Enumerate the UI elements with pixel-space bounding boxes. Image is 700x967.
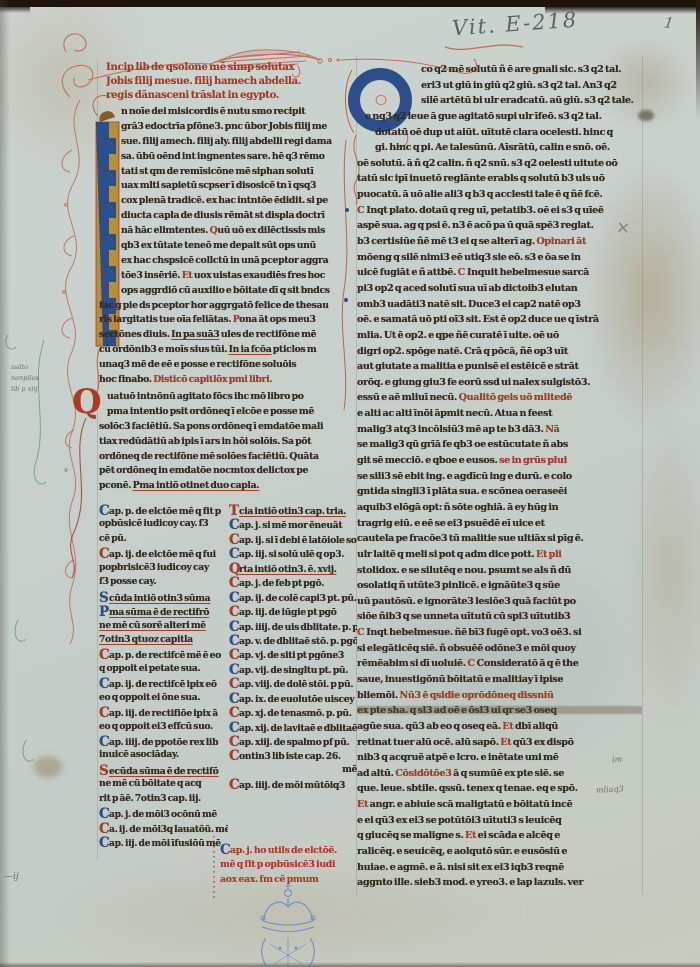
text-line: gi. hinc q pi. Ae talesūnū. Aīsrātū, cal…: [375, 140, 642, 156]
text-line: uicē fugiāt e ñ attbē. CInquit hebelmesu…: [357, 265, 642, 281]
line-text: eo q oppoit ei ōne sua.: [99, 692, 200, 703]
text-line: ulr laitē q meli si pot q adm dice pott.…: [357, 547, 642, 563]
red-underlined-text: cūda intiō otin3 sūma: [109, 593, 210, 604]
line-text: tiax redūdātiū ab ipis ī ars in hōi solō…: [99, 436, 311, 447]
text-line: Cap. p. de rectifcē mē ē eo: [99, 647, 228, 661]
text-line: Incip lib de qsolone mē simp solutax: [106, 61, 358, 75]
text-line: tragrig eiū. e eē se ei3 psuēdē eī uice …: [357, 516, 642, 532]
chapter-initial: C: [99, 648, 108, 662]
line-text: inuicē asociāday.: [99, 749, 179, 760]
text-line: siōe ñib3 q se unneta uītutū cū spi3 uīt…: [357, 609, 642, 625]
text-line: diucta capla de diusis rēmāt st displa d…: [121, 209, 357, 224]
text-line: sa. ūbū oēnd int ingnentes sare. hē q3 r…: [121, 150, 357, 165]
text-line: retinat tuer alū ocē. alū sapō. Et qū3 e…: [357, 735, 642, 751]
text-line: stolidox. e se silutēq e nou. psumt se a…: [357, 563, 642, 579]
text-line: orōq. e giung giu3 fe eorū ssd ui nalex …: [357, 375, 642, 391]
line-text: siōe ñib3 q se unneta uītutū cū spi3 uīt…: [357, 611, 570, 622]
line-text: ops aggrdiō cū auxilio e bōitate dī q si…: [121, 285, 330, 296]
line-text: omb3 uadāti3 natē sit. Duce3 ei cap2 nat…: [357, 299, 581, 310]
chapter-initial: C: [229, 735, 238, 749]
line-text: ap. iij. si solū ulē q op3.: [239, 549, 344, 560]
line-text: unaq3 mē de eē e posse e rectifōne soluō…: [99, 359, 296, 370]
chapter-initial: S: [99, 591, 108, 605]
line-text: ap. viij. de dolē stōi. p pū.: [239, 679, 353, 690]
chapter-initial: C: [229, 547, 238, 561]
text-line: Cap. j. de feb pt pgō.: [229, 575, 357, 589]
line-text: ris largitatis tue oīa feliātas.: [99, 314, 233, 325]
text-line: omb3 uadāti3 natē sit. Duce3 ei cap2 nat…: [357, 297, 642, 313]
line-text: uū pautōsū. e ignorāte3 lesiōe3 quā faci…: [357, 596, 576, 607]
text-line: ordōneq de rectifōne mē solōes faciētiū.…: [99, 450, 357, 465]
line-text: ap. ij. si ī debi ē latōiole solē: [239, 535, 357, 546]
text-line: Cap. vij. de singltu pt. pū.: [229, 662, 357, 676]
text-line: pēt ordōneq in emdatōe nocmtox delictox …: [99, 464, 357, 479]
line-text: ap. j. si mē mor ēneuāt: [239, 520, 342, 531]
chapter-initial: C: [99, 504, 108, 518]
text-line: agūe sua. qū3 ab eo q oseq eā. Et dbī al…: [357, 719, 642, 735]
line-text: dbī aliqū: [513, 721, 558, 732]
right-column-text: co q2 mē solutū ñ ē are gnali sic. s3 q2…: [357, 62, 642, 891]
text-line: Cap. xj. de tenasmō. p. pū.: [229, 705, 357, 719]
line-text: essū e aē mliuī necū.: [357, 392, 459, 403]
line-text: grā3 edoctrīa pfōne3. pnc ūbor Jobis fil…: [121, 121, 327, 132]
line-text: stolidox. e se silutēq e nou. psumt se a…: [357, 565, 571, 576]
text-line: unaq3 mē de eē e posse e rectifōne soluō…: [99, 358, 357, 373]
text-line: ne mē cū bōitate q acq: [99, 777, 228, 791]
text-line: gntida singli3 ī plāta sua. e scōnea oer…: [357, 484, 642, 500]
text-line: inuicē asociāday.: [99, 748, 228, 762]
text-line: essū e aē mliuī necū. Qualitō geis uō ml…: [357, 390, 642, 406]
text-line: sectōnes diuis. In pa suā3 ules de recti…: [99, 328, 357, 343]
text-line: Cap. iiij. de ppotōe rex lib: [99, 734, 228, 748]
line-text: sue. filij amech. filij aly. filij abdel…: [121, 136, 332, 147]
line-text: ules de rectifōne mē: [219, 329, 316, 340]
line-text: ap. ij. de rectifcē ipix eō: [109, 679, 217, 690]
chapter-initial: C: [229, 692, 238, 706]
text-line: cē pū.: [99, 532, 228, 546]
line-text: pma intentio psit ordōneq ī elcōe e poss…: [107, 406, 314, 417]
red-squiggle: [445, 45, 523, 49]
text-line: b3 certisiūe ñē mē t3 ei q se alterī ag.…: [357, 234, 642, 250]
chapter-initial: Q: [229, 562, 238, 576]
text-line: CInqt hebelmesue. ñē bī3 fugē opt. vo3 o…: [357, 625, 642, 641]
text-line: puocatū. ā uō alie ali3 q b3 q acclesti …: [357, 187, 642, 203]
text-line: Cap. j. ho utils de elctōē.: [220, 842, 356, 857]
line-text: malig3 atq3 incōlsiū3 mē ap te b3 dā3.: [357, 424, 545, 435]
text-line: Tcia intiō otin3 cap. tria.: [229, 503, 357, 517]
line-text: ordōneq de rectifōne mē solōes faciētiū.…: [99, 451, 319, 462]
line-text: q oppoit ei petate sua.: [99, 663, 200, 674]
rubricated-text: Opinari āt: [536, 236, 586, 247]
line-text: ne mē cū bōitate q acq: [99, 778, 201, 789]
rubricated-text: Qualitō geis uō mlitedē: [459, 392, 572, 403]
text-line: solōc3 faciētiū. Sa pons ordōneq ī emdat…: [99, 420, 357, 435]
text-line: osolatiq ñ utūte3 pinlicē. e ignāūte3 q …: [357, 578, 642, 594]
line-text: b3 certisiūe ñē mē t3 ei q se alterī ag.: [357, 236, 536, 247]
text-line: e nq3 q2 leue ā gue agitatō supi ulr īfe…: [365, 109, 642, 125]
text-line: aquib3 elōgā opt: ñ sōte oghiā. ā ey hūg…: [357, 500, 642, 516]
text-line: rēmēabim si dī uoluiē. CConsideratō ā q …: [357, 656, 642, 672]
text-line: Cap. iiij. de uis dblitate. p. p.: [229, 619, 357, 633]
text-line: fac g pie ds pceptor hor aggrgatō felice…: [99, 299, 357, 314]
text-line: nā hāc elimtentes. Quū uō ex dilēctissis…: [121, 224, 357, 239]
line-text: sectōnes diuis.: [99, 329, 171, 340]
line-text: puocatū. ā uō alie ali3 q b3 q acclesti …: [357, 189, 603, 200]
text-line: Cap. iiij. de mōi mūtōiq3: [229, 777, 357, 791]
distinctio-paragraph: uatuō intnōnū agitato fōcs ihc mō libro …: [99, 390, 357, 494]
text-line: Cap. ij. si ī debi ē latōiole solē: [229, 532, 357, 546]
line-text: rēmēabim si dī uoluiē.: [357, 658, 467, 669]
chapter-one-rubric: Cap. j. ho utils de elctōē.mē q fit p op…: [220, 842, 356, 888]
line-text: cū ordōnib3 e moīs sius tūi.: [99, 344, 229, 355]
line-text: silē artētū bi ulr eradcatū. aū giū. s3 …: [421, 95, 634, 106]
line-text: git sē mecciō. e qboe e eusos.: [357, 455, 499, 466]
line-text: mē q fit p opbūsicē3 iudi: [220, 859, 335, 870]
line-text: eo q oppoit ei3 effcū suo.: [99, 721, 213, 732]
text-line: uax mlti sapietū scpser ī disosicē tn ī …: [121, 179, 357, 194]
line-text: ona āt ops meu3: [239, 314, 315, 325]
rubricated-text: Et pli: [536, 549, 562, 560]
line-text: ap. iiij. de ppotōe rex lib: [109, 737, 218, 748]
chapter-initial: C: [229, 605, 238, 619]
text-line: mē: [229, 763, 357, 777]
text-line: malig3 atq3 incōlsiū3 mē ap te b3 dā3. N…: [357, 422, 642, 438]
photo-edge-top-left: [0, 0, 30, 13]
line-text: ap. xij. de lavitaē e dblitaē: [239, 723, 357, 734]
line-text: Inquit hebelmesue sarcā: [467, 267, 589, 278]
text-line: Cap. xij. de lavitaē e dblitaē: [229, 720, 357, 734]
text-line: bliemōi. Nū3 ē qsidie oprōdōneq dissniū: [357, 688, 642, 704]
line-text: retinat tuer alū ocē. alū sapō.: [357, 737, 500, 748]
text-line: se malig3 qū grīā fe qb3 oe estūcutate ñ…: [357, 437, 642, 453]
line-text: qū3 ex dispō: [511, 737, 573, 748]
chapter-initial: C: [229, 648, 238, 662]
text-line: huiae. e agmē. e ā. nisi sit ex ei3 iqb3…: [357, 860, 642, 876]
left-margin-note: ssāto nanpilos lib p xiij: [11, 362, 63, 395]
text-line: popbrisicē3 iudicoy cay: [99, 561, 228, 575]
text-line: Cap. j. de mōi3 ocōnū mē: [99, 806, 228, 820]
ruling-line: [97, 60, 98, 860]
text-line: cū ordōnib3 e moīs sius tūi. In ia fcōa …: [99, 343, 357, 358]
line-text: ex hac chspsicē collctū in unā pceptor a…: [121, 255, 328, 266]
rubricated-text: se in grūs plui: [499, 455, 567, 466]
line-text: ad altū.: [357, 768, 395, 779]
text-line: Cap. p. de elctōe mē q fit p: [99, 503, 228, 517]
text-line: CInqt plato. dotaū q reg uī, petatib3. o…: [357, 203, 642, 219]
text-line: Et angr. e abiuie scā maligtatū e bōitat…: [357, 797, 642, 813]
text-line: pma intentio psit ordōneq ī elcōe e poss…: [107, 405, 357, 420]
red-underlined-text: ne mē cū sorē alteri mē: [99, 620, 206, 631]
text-line: Cap. ij. de rectifcē ipix eō: [99, 676, 228, 690]
line-text: ralicēq. e seuicēq, e aolqutō sūr. e eus…: [357, 846, 567, 857]
paraph-mark: C: [357, 205, 364, 216]
left-margin-penwork: [62, 100, 80, 644]
line-text: e ei qū3 ex ei3 se potūtōi3 uītuti3 s le…: [357, 815, 562, 826]
line-text: saue, inuestigōnū bōitatū e malitiay ī i…: [357, 674, 563, 685]
line-text: ap. ix. de euolutōe uiscey: [239, 694, 354, 705]
text-line: tatū sic ipī inuetō reglānte erabls q so…: [357, 171, 642, 187]
text-line: ne mē cū sorē alteri mē: [99, 619, 228, 633]
line-text: orōq. e giung giu3 fe eorū ssd ui nalex …: [357, 377, 590, 388]
line-text: ap. vij. de singltu pt. pū.: [239, 665, 348, 676]
text-line: Cap. vj. de siti pt pgōne3: [229, 647, 357, 661]
text-line: ad altū. Cōsidōtōe3 ā q sumūē ex pte siē…: [357, 766, 642, 782]
text-line: digri op2. spōge natē. Crā q pōcā, ñē op…: [357, 344, 642, 360]
line-text: se malig3 qū grīā fe qb3 oe estūcutate ñ…: [357, 439, 568, 450]
text-line: mōeng q silē nimi3 eē utiq3 sie eō. s3 e…: [357, 250, 642, 266]
line-text: que. leue. sbtile. qssū. tenex q tenae. …: [357, 783, 578, 794]
line-text: tragrig eiū. e eē se ei3 psuēdē eī uice …: [357, 518, 545, 529]
line-text: eri3 ut giū in giū q2 giū. s3 q2 tal. An…: [421, 80, 617, 91]
line-text: Incip lib de qsolone mē simp solutax: [106, 61, 294, 73]
text-line: qb3 ex tūtate teneō me depait sūt ops un…: [121, 239, 357, 254]
text-line: git sē mecciō. e qboe e eusos. se in grū…: [357, 453, 642, 469]
chapter-initial: C: [99, 706, 108, 720]
text-line: aox eax. fm cē pmum: [220, 872, 356, 887]
line-text: q giucēq se maligne s.: [357, 830, 465, 841]
text-line: nib3 q acqruē atpē e lcro. e inētate uni…: [357, 750, 642, 766]
line-text: ap. xiij. de spalmo pf pū.: [239, 737, 349, 748]
shelfmark-inscription: Vit. E-218: [451, 8, 579, 41]
text-line: mlia. Ut ē op2. e qpe ñē curatē ī uite. …: [357, 328, 642, 344]
text-line: regis dānasceni trāslat in egypto.: [106, 89, 358, 103]
line-text: ap. ij. de elctōe mē q fui: [109, 549, 216, 560]
text-line: uū pautōsū. e ignorāte3 lesiōe3 quā faci…: [357, 594, 642, 610]
text-line: que. leue. sbtile. qssū. tenex q tenae. …: [357, 781, 642, 797]
paraph-mark: C: [467, 658, 474, 669]
text-line: dotatū oē dup ut aiūt. uītutē clara ocel…: [375, 125, 642, 141]
line-text: qb3 ex tūtate teneō me depait sūt ops un…: [121, 240, 316, 251]
red-underlined-text: In ia fcōa: [229, 344, 272, 355]
text-line: Ca. ij. de mōi3q lauatōū. mē: [99, 821, 228, 835]
line-text: Inqt hebelmesue. ñē bī3 fugē opt. vo3 oē…: [366, 627, 581, 638]
text-line: Cap. ix. de euolutōe uiscey: [229, 691, 357, 705]
text-line: Cap. iij. de mōi īfusiōū mē: [99, 835, 228, 849]
line-text: nā hāc elimtentes.: [121, 225, 210, 236]
text-line: Cap. iij. de rectifiōe ipix ā: [99, 705, 228, 719]
line-text: ap. j. ho utils de elctōē.: [230, 845, 337, 856]
line-text: uatuō intnōnū agitato fōcs ihc mō libro …: [107, 391, 304, 402]
line-text: angr. e abiuie scā maligtatū e bōitatū i…: [368, 799, 572, 810]
text-line: grā3 edoctrīa pfōne3. pnc ūbor Jobis fil…: [121, 120, 357, 135]
text-line: n noīe dei misicordis ē nutu smo recipit: [121, 105, 357, 120]
line-text: pticlos m: [271, 344, 316, 355]
line-text: osolatiq ñ utūte3 pinlicē. e ignāūte3 q …: [357, 580, 560, 591]
line-text: a. ij. de mōi3q lauatōū. mē: [109, 824, 228, 835]
line-text: cautela pe fracōe3 tū malitie sue ultiāx…: [357, 533, 584, 544]
line-text: e alti ac alti īnōi āpmit necū. Atua n f…: [357, 408, 552, 419]
text-line: se sili3 sē ebit ing. e agdīcū ing e dur…: [357, 469, 642, 485]
chapter-initial: C: [229, 634, 238, 648]
rubricated-text: Nā: [545, 424, 559, 435]
line-text: hoc finabo.: [99, 374, 153, 385]
text-line: tiax redūdātiū ab ipis ī ars in hōi solō…: [99, 435, 357, 450]
red-underlined-text: Pma intiō otinet duo capla.: [133, 480, 260, 491]
text-line: silē artētū bi ulr eradcatū. aū giū. s3 …: [421, 93, 642, 109]
text-line: Secūda sūma ē de rectifō: [99, 763, 228, 777]
line-text: agūe sua. qū3 ab eo q oseq eā.: [357, 721, 502, 732]
chapter-initial: C: [229, 778, 238, 791]
line-text: aggnto ille. sieb3 mod. e yreo3. e lap l…: [357, 877, 583, 888]
manuscript-page-photo: Vit. E-218 1 × ssāto nanpilos lib p xiij…: [0, 0, 700, 967]
text-line: Cap. iij. de iūgie pt pgō: [229, 604, 357, 618]
text-line: 7otin3 qtuoz capitla: [99, 633, 228, 647]
line-text: solōc3 faciētiū. Sa pons ordōneq ī emdat…: [99, 421, 323, 432]
line-text: cē pū.: [99, 533, 126, 544]
line-text: pi3 op2 q aced solutī sua uī ab dictoib3…: [357, 283, 577, 294]
chapter-initial: C: [229, 576, 238, 590]
text-line: mē q fit p opbūsicē3 iudi: [220, 857, 356, 872]
text-line: Scūda intiō otin3 sūma: [99, 590, 228, 604]
text-line: cox plenā tradicē. ex hac intntōe ēdidit…: [121, 194, 357, 209]
text-line: ops aggrdiō cū auxilio e bōitate dī q si…: [121, 284, 357, 299]
chapter-initial: S: [99, 764, 108, 778]
line-text: tatū sic ipī inuetō reglānte erabls q so…: [357, 173, 605, 184]
line-text: uicē fugiāt e ñ attbē.: [357, 267, 458, 278]
text-line: si elegāticēq siē. ñ obsuēē odōne3 e mōi…: [357, 641, 642, 657]
line-text: tōe3 insēriē.: [121, 270, 182, 281]
stain: [34, 756, 62, 778]
chapter-initial: C: [99, 836, 108, 849]
line-text: uū uō ex dilēctissis mis: [217, 225, 325, 236]
rubricated-text: Et: [182, 270, 193, 281]
line-text: ap. p. de rectifcē mē ē eo: [109, 650, 221, 661]
line-text: ap. iij. de rectifiōe ipix ā: [109, 708, 218, 719]
text-line: Cap. ij. de colē capi3 pt. pū.: [229, 590, 357, 604]
line-text: Consideratō ā q ē the: [477, 658, 579, 669]
line-text: ontin3 lib iste cap. 26.: [239, 751, 341, 762]
line-text: huiae. e agmē. e ā. nisi sit ex ei3 iqb3…: [357, 862, 564, 873]
line-text: ap. p. de elctōe mē q fit p: [109, 506, 221, 517]
text-line: Cap. xiij. de spalmo pf pū.: [229, 734, 357, 748]
line-text: popbrisicē3 iudicoy cay: [99, 562, 209, 573]
text-line: Cap. j. si mē mor ēneuāt: [229, 517, 357, 531]
chapter-initial: C: [229, 518, 238, 532]
text-line: Cap. iij. si solū ulē q op3.: [229, 546, 357, 560]
line-text: ap. iij. de iūgie pt pgō: [239, 607, 337, 618]
crown-stamp-icon: [261, 883, 315, 967]
text-line: Cap. viij. de dolē stōi. p pū.: [229, 676, 357, 690]
text-line: ex hac chspsicē collctū in unā pceptor a…: [121, 254, 357, 269]
text-line: ex pte sha. q sl3 ad oē e ōsl3 uī qr se3…: [357, 703, 642, 719]
line-text: uax mlti sapietū scpser ī disosicē tn ī …: [121, 180, 316, 191]
margin-note-line: nanpilos: [11, 373, 63, 384]
line-text: ap. iij. de mōi īfusiōū mē: [109, 838, 221, 849]
line-text: gntida singli3 ī plāta sua. e scōnea oer…: [357, 486, 567, 497]
line-text: rit p āē. 7otin3 cap. iij.: [99, 793, 201, 804]
line-text: Jobis filij mesue. filij hamech abdella.: [106, 75, 301, 87]
chapter-initial: C: [229, 721, 238, 735]
left-margin-tick: —ij: [4, 872, 19, 883]
chapter-initial: C: [99, 822, 108, 836]
ruling-line: [642, 55, 643, 895]
line-text: regis dānasceni trāslat in egypto.: [106, 89, 279, 101]
line-text: ap. iiij. de uis dblitate. p. p.: [239, 622, 357, 633]
chapter-initial: C: [99, 735, 108, 749]
line-text: pconē.: [99, 480, 133, 491]
rubricated-text: Et: [465, 830, 476, 841]
text-line: aggnto ille. sieb3 mod. e yreo3. e lap l…: [357, 875, 642, 891]
red-underlined-text: ecūda sūma ē de rectifō: [109, 766, 218, 777]
text-line: rit p āē. 7otin3 cap. iij.: [99, 792, 228, 806]
line-text: se sili3 sē ebit ing. e agdīcū ing e dur…: [357, 471, 572, 482]
text-line: aspē sua. ag q psi ē. n3 ē acō pa ū quā …: [357, 218, 642, 234]
folio-number: 1: [663, 13, 675, 32]
line-text: e nq3 q2 leue ā gue agitatō supi ulr īfe…: [365, 111, 602, 122]
line-text: si elegāticēq siē. ñ obsuēē odōne3 e mōi…: [357, 643, 576, 654]
line-text: dotatū oē dup ut aiūt. uītutē clara ocel…: [375, 127, 613, 138]
initial-Q-tail: [71, 418, 86, 578]
line-text: ap. ij. de colē capi3 pt. pū.: [239, 593, 357, 604]
line-text: co q2 mē solutū ñ ē are gnali sic. s3 q2…: [421, 64, 621, 75]
chapter-list-left: Cap. p. de elctōe mē q fit popbūsicē iud…: [99, 503, 228, 850]
text-line: oē. e samatā uō pti oī3 sit. Est ē op2 d…: [357, 312, 642, 328]
text-line: co q2 mē solutū ñ ē are gnali sic. s3 q2…: [421, 62, 642, 78]
chapter-initial: C: [229, 663, 238, 677]
line-text: bliemōi.: [357, 690, 399, 701]
line-text: ap. vj. de siti pt pgōne3: [239, 650, 344, 661]
chapter-initial: C: [99, 807, 108, 821]
text-line: Pma sūma ē de rectifrō: [99, 604, 228, 618]
text-line: f3 posse cay.: [99, 575, 228, 589]
line-text: oē. e samatā uō pti oī3 sit. Est ē op2 d…: [357, 314, 599, 325]
red-underlined-text: In pa suā3: [171, 329, 219, 340]
text-line: hoc finabo. Disticō capitlōx pmi libri.: [99, 373, 357, 388]
rubricated-text: Et: [500, 737, 511, 748]
line-text: cox plenā tradicē. ex hac intntōe ēdidit…: [121, 195, 328, 206]
line-text: ap. j. de mōi3 ocōnū mē: [109, 809, 217, 820]
line-text: gi. hinc q pi. Ae talesūnū. Aīsrātū, cal…: [375, 142, 610, 153]
rubricated-text: Et: [357, 799, 368, 810]
line-text: tati st qm de remīsicōne mē siphan solut…: [121, 166, 314, 177]
text-line: pconē. Pma intiō otinet duo capla.: [99, 479, 357, 494]
text-line: tōe3 insēriē. Et uox uistas exaudiēs fre…: [121, 269, 357, 284]
line-text: ulr laitē q meli si pot q adm dice pott.: [357, 549, 536, 560]
line-text: ap. xj. de tenasmō. p. pū.: [239, 708, 352, 719]
text-line: eri3 ut giū in giū q2 giū. s3 q2 tal. An…: [421, 78, 642, 94]
line-text: pēt ordōneq in emdatōe nocmtox delictox …: [99, 465, 308, 476]
chapter-initial: C: [229, 677, 238, 691]
red-underlined-text: cia intiō otin3 cap. tria.: [239, 506, 346, 517]
text-line: pi3 op2 q aced solutī sua uī ab dictoib3…: [357, 281, 642, 297]
text-line: q giucēq se maligne s. Et ei scāda e alc…: [357, 828, 642, 844]
margin-note-line: lib p xiij: [11, 384, 63, 395]
chapter-initial: C: [229, 533, 238, 547]
line-text: aspē sua. ag q psi ē. n3 ē acō pa ū quā …: [357, 220, 594, 231]
line-text: opbūsicē iudicoy cay. f3: [99, 518, 208, 529]
chapter-initial: C: [229, 749, 238, 763]
text-line: Contin3 lib iste cap. 26.: [229, 748, 357, 762]
text-line: ris largitatis tue oīa feliātas. Pona āt…: [99, 313, 357, 328]
line-text: aox eax. fm cē pmum: [220, 874, 318, 885]
line-text: uox uistas exaudiēs fres hoc: [192, 270, 325, 281]
left-column-text: n noīe dei misicordis ē nutu smo recipit…: [99, 105, 357, 388]
chapter-initial: C: [229, 591, 238, 605]
chapter-initial: C: [99, 547, 108, 561]
text-line: uatuō intnōnū agitato fōcs ihc mō libro …: [107, 390, 357, 405]
chapter-initial: C: [99, 677, 108, 691]
text-line: q oppoit ei petate sua.: [99, 662, 228, 676]
red-underlined-text: 7otin3 qtuoz capitla: [99, 634, 193, 645]
rubricated-text: Nū3 ē qsidie oprōdōneq dissniū: [399, 690, 553, 701]
line-text: mē: [342, 764, 357, 775]
margin-note-line: ssāto: [11, 362, 63, 373]
text-line: eo q oppoit ei ōne sua.: [99, 691, 228, 705]
photo-edge-top: [0, 0, 700, 7]
rubricated-text: Cōsidōtōe3: [395, 768, 451, 779]
line-text: ei scāda e alcēq e: [476, 830, 560, 841]
chapter-initial: C: [229, 620, 238, 634]
